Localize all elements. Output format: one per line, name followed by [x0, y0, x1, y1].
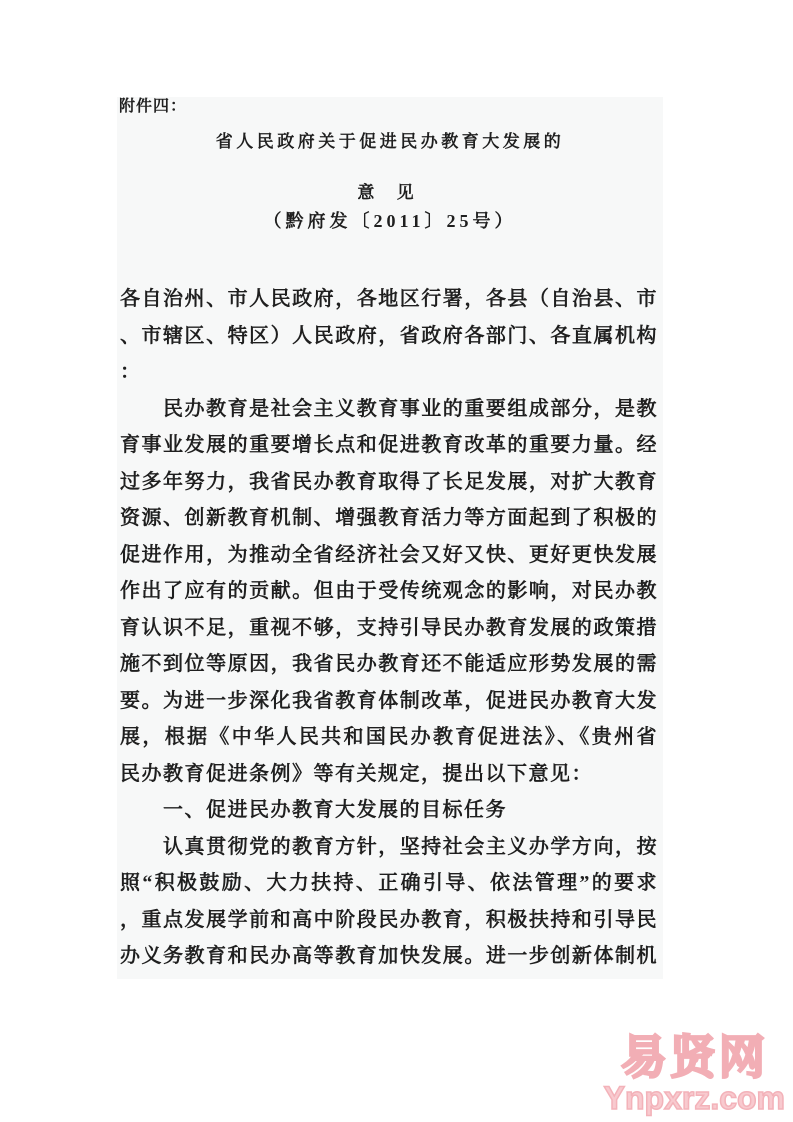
- document-body: 各自治州、市人民政府，各地区行署，各县（自治县、市 、市辖区、特区）人民政府，省…: [120, 281, 658, 975]
- watermark-site-url: Ynpxrz.com: [604, 1082, 785, 1114]
- doc-line: 民办教育促进条例》等有关规定，提出以下意见：: [120, 756, 658, 793]
- watermark-site-name: 易贤网: [604, 1034, 785, 1080]
- doc-line: 育事业发展的重要增长点和促进教育改革的重要力量。经: [120, 427, 658, 464]
- doc-line: 作出了应有的贡献。但由于受传统观念的影响，对民办教: [120, 573, 658, 610]
- doc-line: 照“积极鼓励、大力扶持、正确引导、依法管理”的要求: [120, 865, 658, 902]
- document-title: 省人民政府关于促进民办教育大发展的: [117, 130, 663, 154]
- page-background: { "document": { "attachment_label": "附件四…: [0, 0, 793, 1122]
- doc-line: ：: [120, 354, 658, 391]
- doc-line: 促进作用，为推动全省经济社会又好又快、更好更快发展: [120, 537, 658, 574]
- doc-line: 要。为进一步深化我省教育体制改革，促进民办教育大发: [120, 683, 658, 720]
- doc-line: 、市辖区、特区）人民政府，省政府各部门、各直属机构: [120, 318, 658, 355]
- attachment-label: 附件四：: [119, 95, 187, 119]
- doc-line: 过多年努力，我省民办教育取得了长足发展，对扩大教育: [120, 464, 658, 501]
- doc-line: 资源、创新教育机制、增强教育活力等方面起到了积极的: [120, 500, 658, 537]
- doc-line: 民办教育是社会主义教育事业的重要组成部分，是教: [120, 391, 658, 428]
- doc-line: 施不到位等原因，我省民办教育还不能适应形势发展的需: [120, 646, 658, 683]
- doc-line: 办义务教育和民办高等教育加快发展。进一步创新体制机: [120, 938, 658, 975]
- site-watermark: 易贤网 Ynpxrz.com: [604, 1034, 785, 1114]
- doc-line: 育认识不足，重视不够，支持引导民办教育发展的政策措: [120, 610, 658, 647]
- doc-line: 认真贯彻党的教育方针，坚持社会主义办学方向，按: [120, 829, 658, 866]
- doc-line: 展，根据《中华人民共和国民办教育促进法》、《贵州省: [120, 719, 658, 756]
- document-number: （黔府发〔2011〕25号）: [117, 208, 663, 234]
- scanned-document: 附件四： 省人民政府关于促进民办教育大发展的 意 见 （黔府发〔2011〕25号…: [117, 97, 663, 979]
- doc-line: 各自治州、市人民政府，各地区行署，各县（自治县、市: [120, 281, 658, 318]
- doc-line: ，重点发展学前和高中阶段民办教育，积极扶持和引导民: [120, 902, 658, 939]
- document-subtitle: 意 见: [117, 181, 663, 205]
- section-heading: 一、促进民办教育大发展的目标任务: [120, 792, 658, 829]
